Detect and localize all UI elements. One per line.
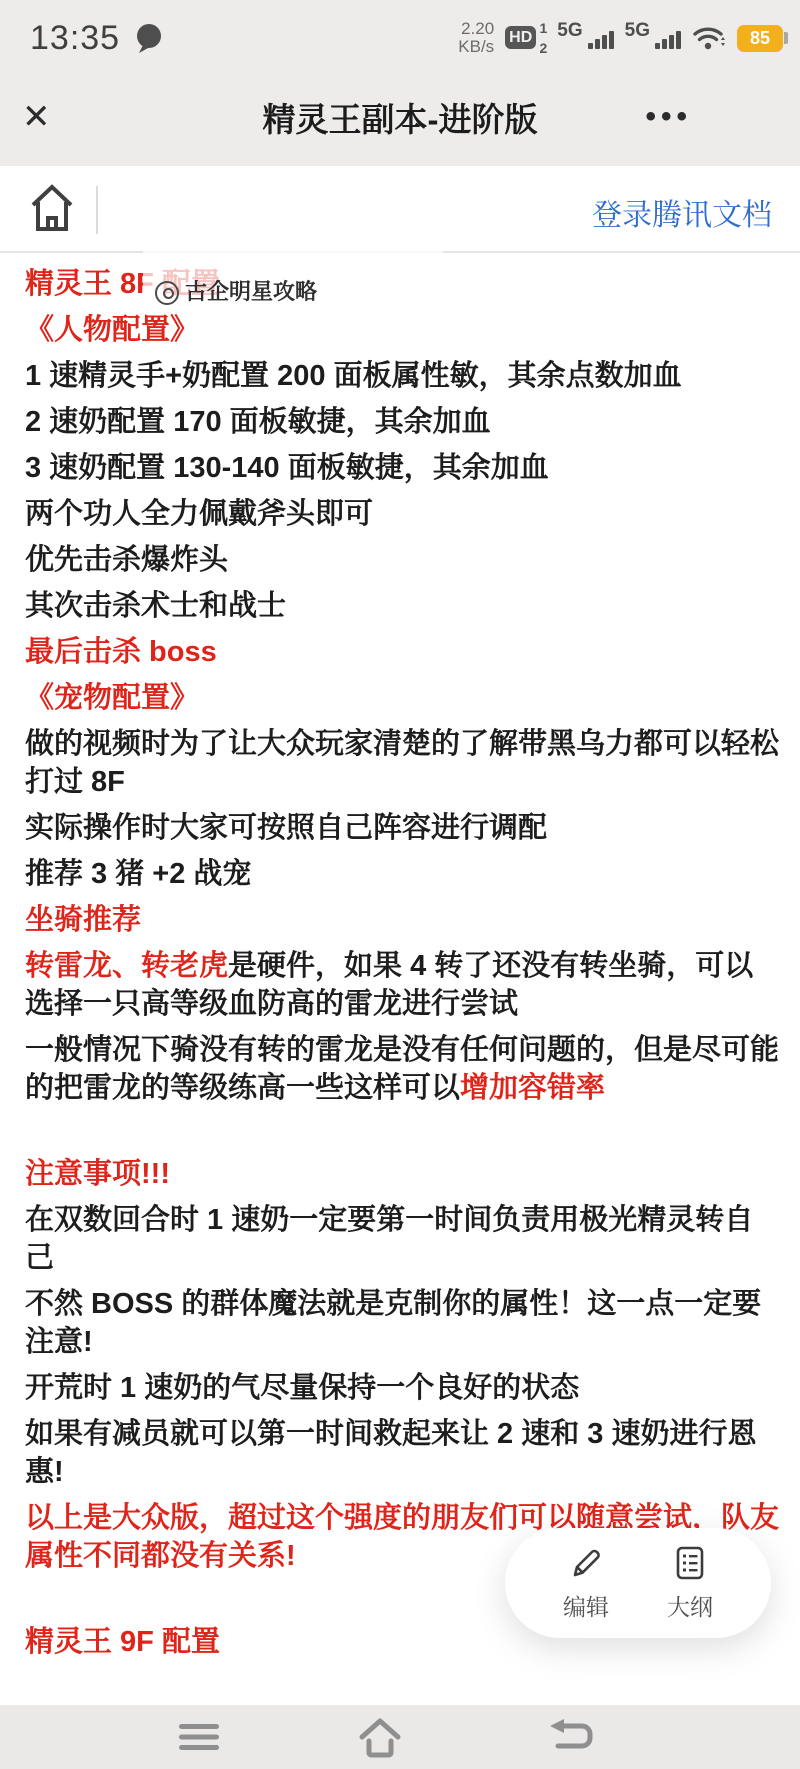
- doc-paragraph: 开荒时 1 速奶的气尽量保持一个良好的状态: [25, 1369, 780, 1407]
- network-speed-unit: KB/s: [458, 38, 494, 56]
- nav-home-button[interactable]: [356, 1717, 404, 1759]
- doc-paragraph: 做的视频时为了让大众玩家清楚的了解带黑乌力都可以轻松打过 8F: [25, 725, 780, 801]
- home-icon: [28, 180, 76, 236]
- notification-bubble-icon: [134, 22, 164, 54]
- watermark-logo-icon: [155, 281, 179, 305]
- doc-text: 注意事项!!!: [25, 1158, 170, 1190]
- network-speed: 2.20 KB/s: [458, 20, 494, 56]
- network-type-1: 5G: [557, 20, 582, 42]
- doc-text: 增加容错率: [460, 1072, 605, 1104]
- doc-text: 优先击杀爆炸头: [25, 544, 228, 576]
- outline-list-icon: [671, 1544, 709, 1582]
- hd-volte-icon: HD 1 2: [505, 29, 536, 47]
- doc-text: 两个功人全力佩戴斧头即可: [25, 498, 373, 530]
- title-bar: ✕ 精灵王副本-进阶版 •••: [0, 82, 800, 152]
- close-button[interactable]: ✕: [22, 100, 51, 134]
- doc-paragraph: 《宠物配置》: [25, 679, 780, 717]
- watermark-text: 古企明星攻略: [185, 279, 317, 305]
- signal-sim2: 5G: [625, 27, 681, 49]
- doc-paragraph: 1 速精灵手+奶配置 200 面板属性敏，其余点数加血: [25, 357, 780, 395]
- doc-text: 做的视频时为了让大众玩家清楚的了解带黑乌力都可以轻松打过 8F: [25, 728, 779, 798]
- doc-paragraph: 不然 BOSS 的群体魔法就是克制你的属性！这一点一定要注意!: [25, 1285, 780, 1361]
- doc-text: 1 速精灵手+奶配置 200 面板属性敏，其余点数加血: [25, 360, 682, 392]
- status-icons: 2.20 KB/s HD 1 2 5G 5G: [458, 10, 788, 66]
- doc-paragraph: 最后击杀 boss: [25, 633, 780, 671]
- wifi-icon: [692, 23, 726, 53]
- doc-text: 开荒时 1 速奶的气尽量保持一个良好的状态: [25, 1372, 579, 1404]
- login-link[interactable]: 登录腾讯文档: [592, 190, 772, 234]
- clock: 13:35: [30, 19, 120, 58]
- doc-paragraph: 在双数回合时 1 速奶一定要第一时间负责用极光精灵转自己: [25, 1201, 780, 1277]
- doc-text: 《宠物配置》: [25, 682, 199, 714]
- signal-bars-icon: [655, 31, 681, 49]
- back-icon: [546, 1717, 598, 1757]
- nav-home-icon: [356, 1717, 404, 1759]
- doc-paragraph: 2 速奶配置 170 面板敏捷，其余加血: [25, 403, 780, 441]
- outline-button[interactable]: 大纲: [667, 1544, 713, 1622]
- watermark: 古企明星攻略: [143, 251, 443, 307]
- sim1-label: 1: [539, 20, 547, 36]
- doc-text: 转雷龙、转老虎: [25, 950, 228, 982]
- header-divider: [96, 186, 98, 234]
- doc-paragraph: 实际操作时大家可按照自己阵容进行调配: [25, 809, 780, 847]
- doc-text: 《人物配置》: [25, 314, 199, 346]
- doc-paragraph: 注意事项!!!: [25, 1155, 780, 1193]
- battery-icon: 85: [737, 25, 788, 52]
- doc-text: 2 速奶配置 170 面板敏捷，其余加血: [25, 406, 491, 438]
- home-button[interactable]: [28, 180, 76, 236]
- doc-paragraph: 优先击杀爆炸头: [25, 541, 780, 579]
- document-body: 精灵王 8F 配置古企明星攻略《人物配置》1 速精灵手+奶配置 200 面板属性…: [0, 253, 800, 1705]
- doc-text: 不然 BOSS 的群体魔法就是克制你的属性！这一点一定要注意!: [25, 1288, 761, 1358]
- network-type-2: 5G: [625, 20, 650, 42]
- top-chrome: 13:35 2.20 KB/s HD 1 2 5G 5G: [0, 0, 800, 166]
- doc-paragraph: 两个功人全力佩戴斧头即可: [25, 495, 780, 533]
- status-bar: 13:35 2.20 KB/s HD 1 2 5G 5G: [0, 10, 800, 66]
- signal-sim1: 5G: [557, 27, 613, 49]
- doc-paragraph: 3 速奶配置 130-140 面板敏捷，其余加血: [25, 449, 780, 487]
- floating-toolbar: 编辑 大纲: [505, 1528, 771, 1638]
- doc-text: 最后击杀 boss: [25, 636, 217, 668]
- doc-paragraph: 推荐 3 猪 +2 战宠: [25, 855, 780, 893]
- hd-label: HD: [505, 26, 536, 49]
- doc-text: 其次击杀术士和战士: [25, 590, 286, 622]
- nav-back-button[interactable]: [546, 1717, 598, 1757]
- nav-menu-button[interactable]: [176, 1717, 222, 1757]
- network-speed-value: 2.20: [461, 20, 494, 38]
- doc-paragraph: 精灵王 8F 配置古企明星攻略: [25, 265, 780, 303]
- paragraph-spacer: [25, 1115, 780, 1155]
- battery-percent: 85: [750, 28, 770, 49]
- doc-paragraph: 转雷龙、转老虎是硬件，如果 4 转了还没有转坐骑，可以选择一只高等级血防高的雷龙…: [25, 947, 780, 1023]
- pencil-icon: [567, 1544, 605, 1582]
- doc-text: 推荐 3 猪 +2 战宠: [25, 858, 251, 890]
- doc-paragraph: 《人物配置》: [25, 311, 780, 349]
- signal-bars-icon: [588, 31, 614, 49]
- doc-text: 精灵王 9F 配置: [25, 1626, 220, 1658]
- bottom-nav-bar: [0, 1705, 800, 1769]
- doc-paragraph: 一般情况下骑没有转的雷龙是没有任何问题的，但是尽可能的把雷龙的等级练高一些这样可…: [25, 1031, 780, 1107]
- outline-label: 大纲: [667, 1589, 713, 1622]
- doc-text: 实际操作时大家可按照自己阵容进行调配: [25, 812, 547, 844]
- doc-text: 在双数回合时 1 速奶一定要第一时间负责用极光精灵转自己: [25, 1204, 753, 1274]
- doc-text: 一般情况下骑没有转的雷龙是没有任何问题的，但是尽可能的把雷龙的等级练高一些这样可…: [25, 1034, 779, 1104]
- doc-header: 登录腾讯文档: [0, 166, 800, 253]
- doc-text: 坐骑推荐: [25, 904, 141, 936]
- sim2-label: 2: [539, 40, 547, 56]
- more-menu-button[interactable]: •••: [645, 102, 692, 132]
- edit-label: 编辑: [563, 1589, 609, 1622]
- menu-icon: [176, 1717, 222, 1757]
- doc-text: 3 速奶配置 130-140 面板敏捷，其余加血: [25, 452, 549, 484]
- doc-paragraph: 其次击杀术士和战士: [25, 587, 780, 625]
- doc-text: 如果有减员就可以第一时间救起来让 2 速和 3 速奶进行恩惠!: [25, 1418, 757, 1488]
- edit-button[interactable]: 编辑: [563, 1544, 609, 1622]
- doc-paragraph: 坐骑推荐: [25, 901, 780, 939]
- doc-paragraph: 如果有减员就可以第一时间救起来让 2 速和 3 速奶进行恩惠!: [25, 1415, 780, 1491]
